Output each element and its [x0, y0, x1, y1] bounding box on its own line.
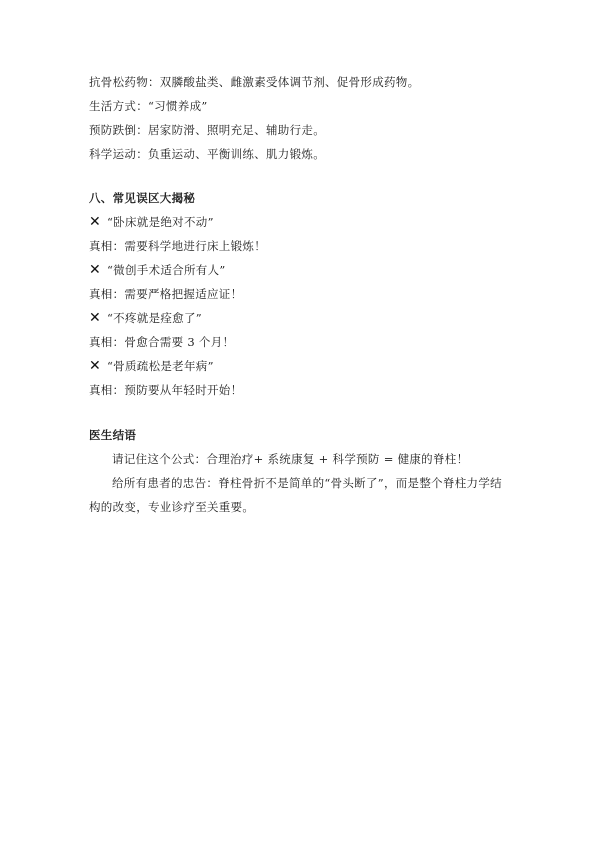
truth-text: 真相：预防要从年轻时开始！ [89, 378, 509, 402]
section-heading: 八、常见误区大揭秘 [89, 186, 509, 210]
conclusion-section: 医生结语 请记住这个公式：合理治疗+ 系统康复 + 科学预防 = 健康的脊柱！ … [89, 423, 509, 519]
myth-item: ✕“不疼就是痊愈了” [89, 306, 509, 330]
cross-icon: ✕ [89, 210, 103, 234]
cross-icon: ✕ [89, 258, 103, 282]
myth-text: “卧床就是绝对不动” [107, 215, 214, 229]
document-page: 抗骨松药物：双膦酸盐类、雌激素受体调节剂、促骨形成药物。 生活方式：“习惯养成”… [89, 70, 509, 519]
myths-section: 八、常见误区大揭秘 ✕“卧床就是绝对不动” 真相：需要科学地进行床上锻炼！ ✕“… [89, 186, 509, 402]
truth-text: 真相：需要严格把握适应证！ [89, 282, 509, 306]
myth-item: ✕“微创手术适合所有人” [89, 258, 509, 282]
truth-text: 真相：骨愈合需要 3 个月！ [89, 330, 509, 354]
myth-text: “骨质疏松是老年病” [107, 359, 214, 373]
section-heading: 医生结语 [89, 423, 509, 447]
prevention-item: 抗骨松药物：双膦酸盐类、雌激素受体调节剂、促骨形成药物。 [89, 70, 509, 94]
prevention-list: 抗骨松药物：双膦酸盐类、雌激素受体调节剂、促骨形成药物。 生活方式：“习惯养成”… [89, 70, 509, 166]
prevention-item: 生活方式：“习惯养成” [89, 94, 509, 118]
cross-icon: ✕ [89, 306, 103, 330]
myth-text: “微创手术适合所有人” [107, 263, 226, 277]
myth-item: ✕“卧床就是绝对不动” [89, 210, 509, 234]
conclusion-paragraph: 给所有患者的忠告：脊柱骨折不是简单的“骨头断了”，而是整个脊柱力学结构的改变，专… [89, 471, 509, 519]
conclusion-paragraph: 请记住这个公式：合理治疗+ 系统康复 + 科学预防 = 健康的脊柱！ [89, 447, 509, 471]
prevention-item: 科学运动：负重运动、平衡训练、肌力锻炼。 [89, 142, 509, 166]
prevention-item: 预防跌倒：居家防滑、照明充足、辅助行走。 [89, 118, 509, 142]
myth-text: “不疼就是痊愈了” [107, 311, 202, 325]
myth-item: ✕“骨质疏松是老年病” [89, 354, 509, 378]
truth-text: 真相：需要科学地进行床上锻炼！ [89, 234, 509, 258]
cross-icon: ✕ [89, 354, 103, 378]
